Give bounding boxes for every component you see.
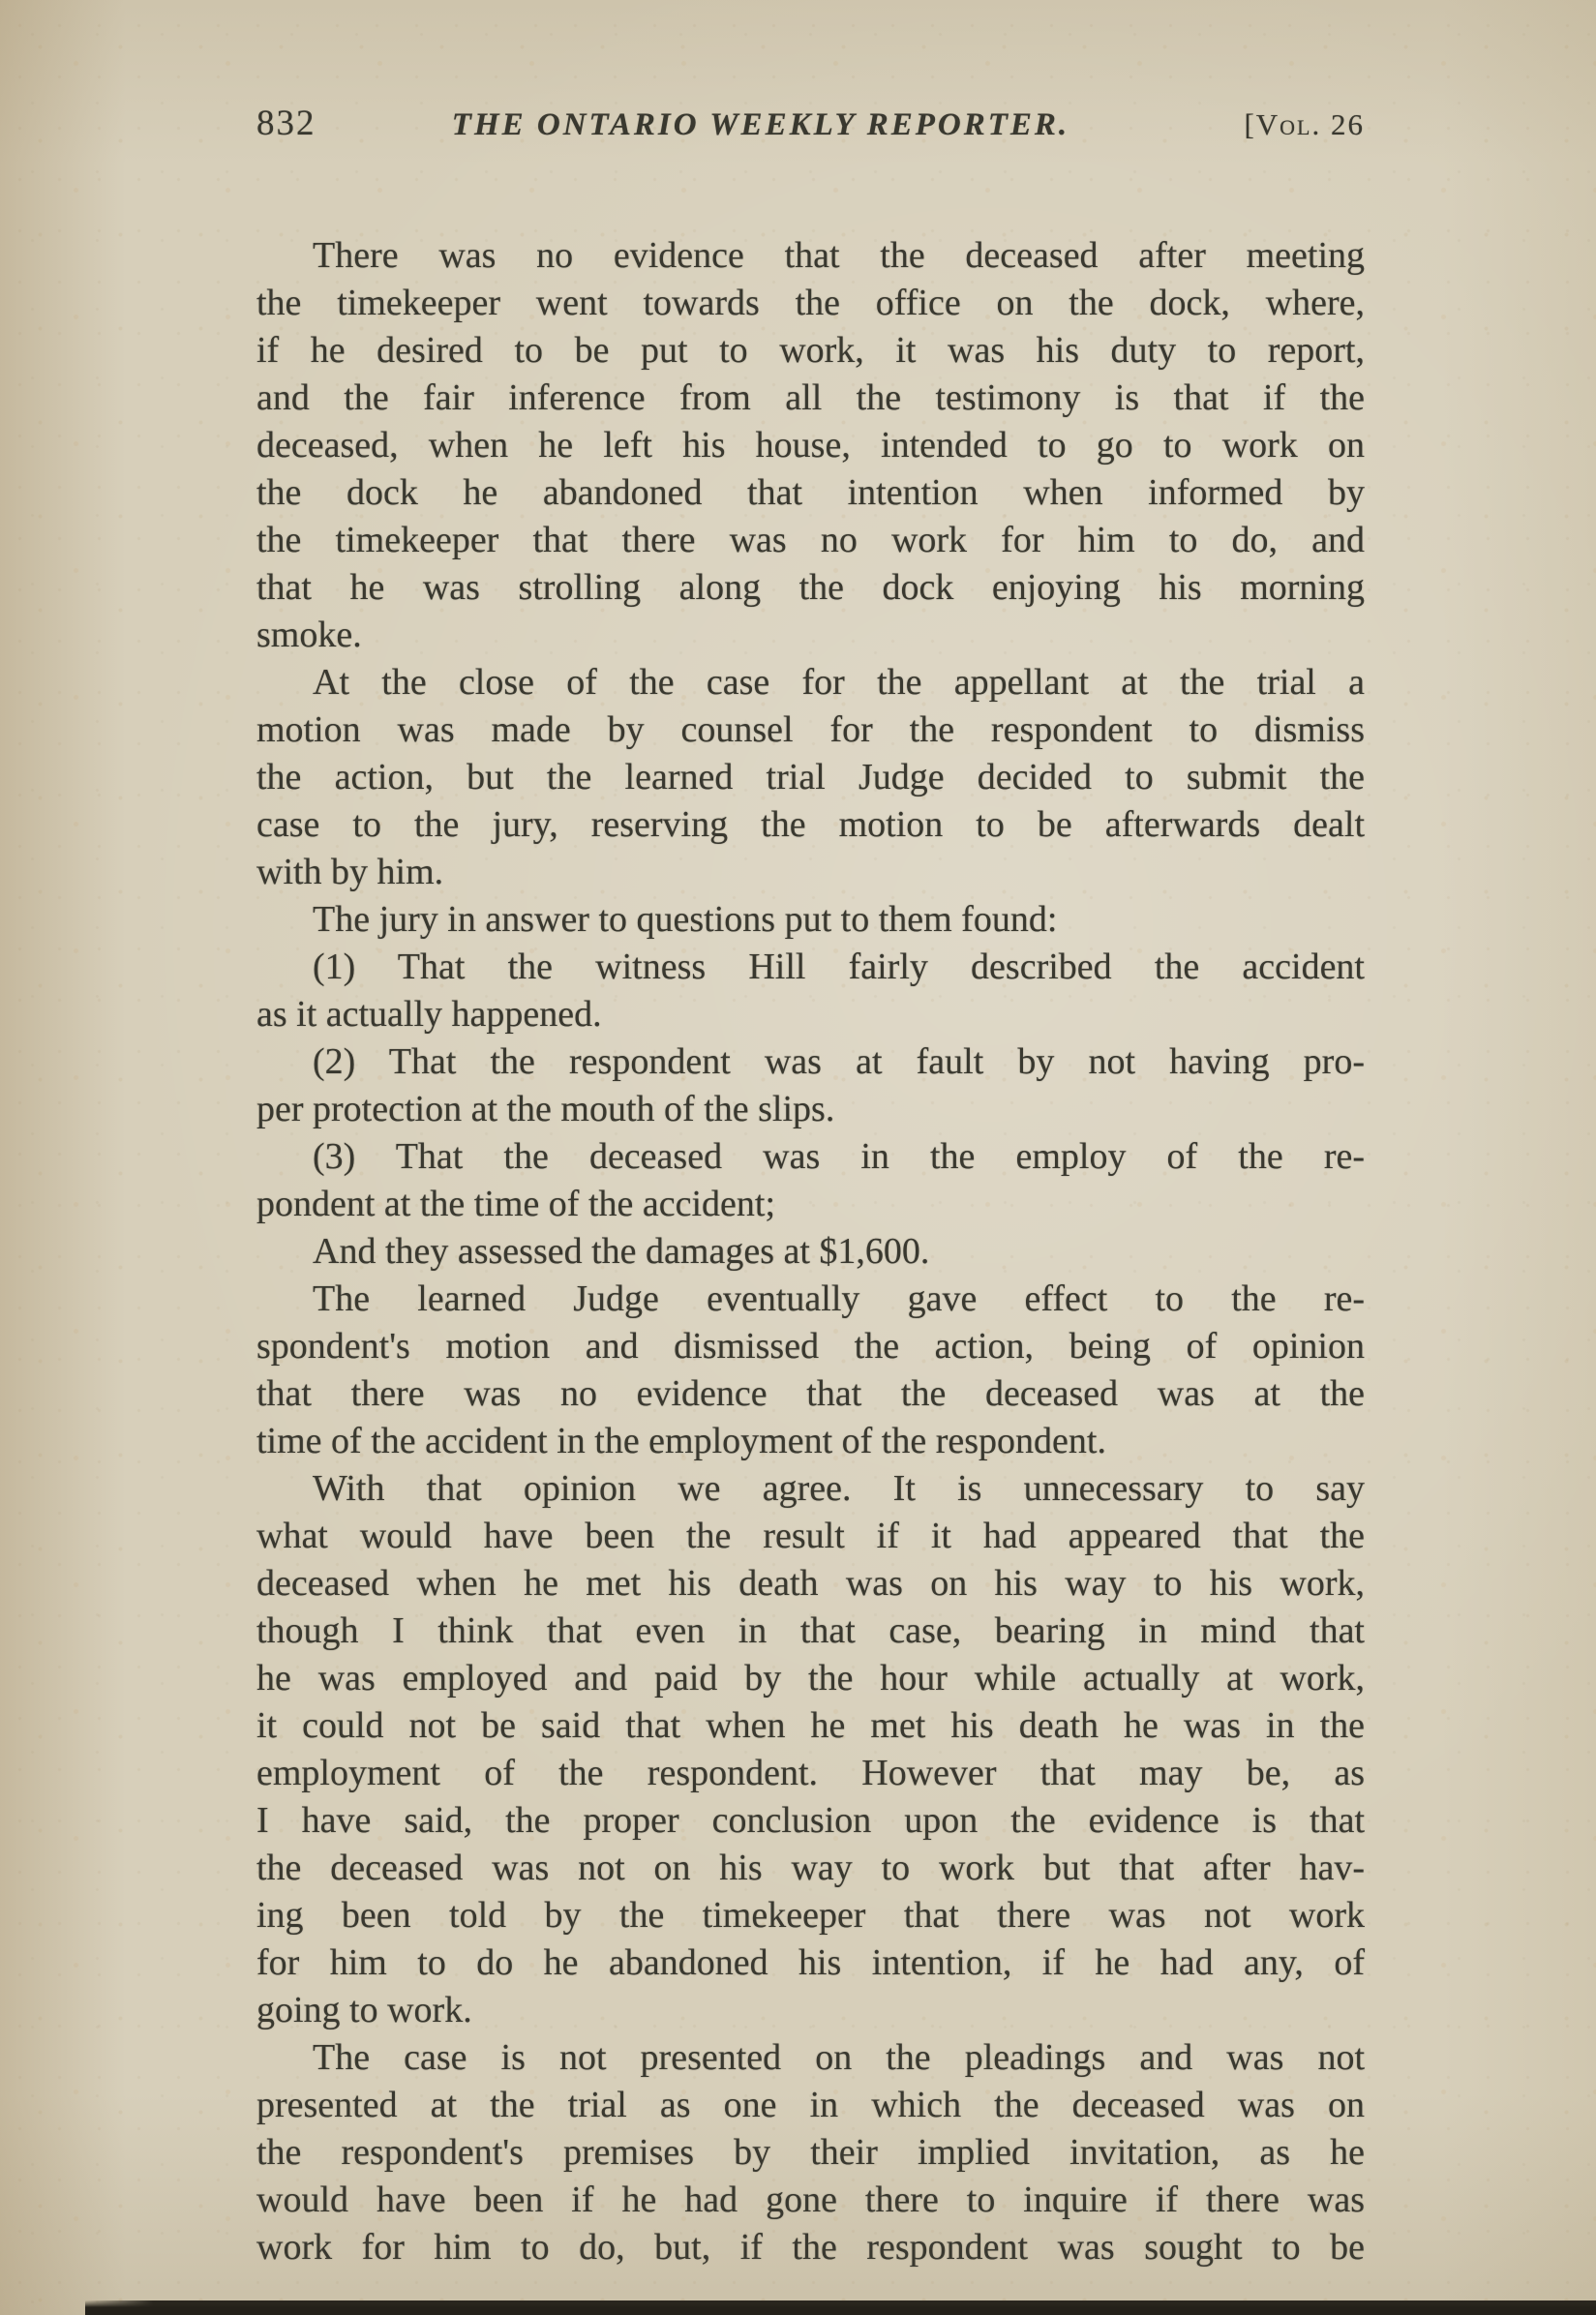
text-line: that there was no evidence that the dece… (256, 1370, 1365, 1418)
text-line: what would have been the result if it ha… (256, 1513, 1365, 1560)
text-line: ing been told by the timekeeper that the… (256, 1892, 1365, 1939)
text-line: employment of the respondent. However th… (256, 1750, 1365, 1797)
text-line: he was employed and paid by the hour whi… (256, 1655, 1365, 1702)
text-line: (2) That the respondent was at fault by … (256, 1038, 1365, 1086)
body-text-block: There was no evidence that the deceased … (256, 232, 1365, 2271)
text-line: case to the jury, reserving the motion t… (256, 801, 1365, 849)
text-line: At the close of the case for the appella… (256, 659, 1365, 707)
text-line: With that opinion we agree. It is unnece… (256, 1465, 1365, 1513)
text-line: though I think that even in that case, b… (256, 1608, 1365, 1655)
text-line: for him to do he abandoned his intention… (256, 1939, 1365, 1987)
text-line: the respondent's premises by their impli… (256, 2129, 1365, 2177)
text-line: motion was made by counsel for the respo… (256, 707, 1365, 754)
text-line: going to work. (256, 1987, 1365, 2034)
running-head: 832 THE ONTARIO WEEKLY REPORTER. [Vol. 2… (256, 103, 1365, 144)
text-line: work for him to do, but, if the responde… (256, 2224, 1365, 2271)
text-line: with by him. (256, 849, 1365, 896)
page-number: 832 (256, 103, 316, 144)
scan-edge-artifact (85, 2300, 1596, 2315)
text-line: it could not be said that when he met hi… (256, 1702, 1365, 1750)
text-line: The jury in answer to questions put to t… (256, 896, 1365, 944)
text-line: that he was strolling along the dock enj… (256, 564, 1365, 612)
text-line: and the fair inference from all the test… (256, 375, 1365, 422)
scanned-book-page: 832 THE ONTARIO WEEKLY REPORTER. [Vol. 2… (0, 0, 1596, 2315)
text-line: And they assessed the damages at $1,600. (256, 1228, 1365, 1276)
text-line: The learned Judge eventually gave effect… (256, 1276, 1365, 1323)
text-line: the dock he abandoned that intention whe… (256, 469, 1365, 517)
text-line: There was no evidence that the deceased … (256, 232, 1365, 280)
volume-label: [Vol. 26 (1244, 107, 1365, 142)
text-line: per protection at the mouth of the slips… (256, 1086, 1365, 1133)
text-line: The case is not presented on the pleadin… (256, 2034, 1365, 2082)
text-line: the timekeeper that there was no work fo… (256, 517, 1365, 564)
text-line: I have said, the proper conclusion upon … (256, 1797, 1365, 1845)
text-line: presented at the trial as one in which t… (256, 2082, 1365, 2129)
text-line: deceased when he met his death was on hi… (256, 1560, 1365, 1608)
text-line: if he desired to be put to work, it was … (256, 327, 1365, 375)
text-line: smoke. (256, 612, 1365, 659)
text-line: pondent at the time of the accident; (256, 1181, 1365, 1228)
text-line: the action, but the learned trial Judge … (256, 754, 1365, 801)
text-line: would have been if he had gone there to … (256, 2177, 1365, 2224)
text-line: the timekeeper went towards the office o… (256, 280, 1365, 327)
text-line: deceased, when he left his house, intend… (256, 422, 1365, 469)
journal-title: THE ONTARIO WEEKLY REPORTER. (452, 107, 1069, 143)
text-line: the deceased was not on his way to work … (256, 1845, 1365, 1892)
text-line: spondent's motion and dismissed the acti… (256, 1323, 1365, 1370)
text-line: as it actually happened. (256, 991, 1365, 1038)
text-line: (3) That the deceased was in the employ … (256, 1133, 1365, 1181)
text-line: time of the accident in the employment o… (256, 1418, 1365, 1465)
text-line: (1) That the witness Hill fairly describ… (256, 944, 1365, 991)
